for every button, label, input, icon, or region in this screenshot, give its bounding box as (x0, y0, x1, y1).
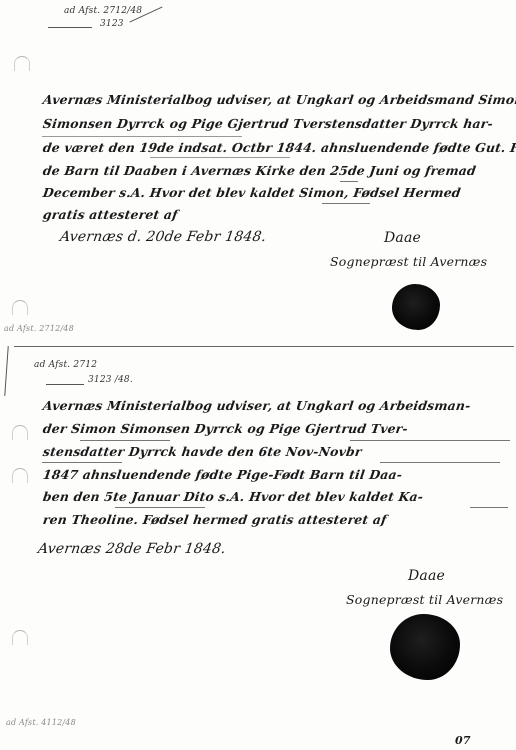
entry-2-line-1: Avernæs Ministerialbog udviser, at Ungka… (42, 398, 472, 413)
entry-2-reference-rule (46, 384, 84, 385)
entry-1-underline-2 (42, 136, 242, 137)
punch-hole-4 (12, 468, 28, 483)
entry-1-line-2: Simonsen Dyrrck og Pige Gjertrud Tverste… (42, 116, 494, 131)
entry-1-line-4: de Barn til Daaben i Avernæs Kirke den 2… (42, 163, 477, 178)
entry-2-signature-title: Sognepræst til Avernæs (346, 592, 503, 607)
entry-divider (14, 346, 514, 347)
entry-2-line-5: ben den 5te Januar Dito s.A. Hvor det bl… (42, 489, 424, 504)
document-page: ad Afst. 2712/48 3123 Avernæs Ministeria… (0, 0, 516, 750)
entry-2-underline-5 (115, 507, 205, 508)
punch-hole-2 (12, 300, 28, 315)
entry-2-left-border (4, 346, 8, 396)
entry-2-line-2: der Simon Simonsen Dyrrck og Pige Gjertr… (42, 421, 409, 436)
entry-2-line-6: ren Theoline. Fødsel hermed gratis attes… (42, 512, 388, 527)
entry-2-signature-name: Daae (408, 568, 445, 584)
entry-1-line-1: Avernæs Ministerialbog udviser, at Ungka… (42, 92, 516, 107)
entry-2-underline-2b (350, 440, 510, 441)
entry-2-underline-3 (42, 462, 122, 463)
entry-2-reference: ad Afst. 2712 (34, 360, 97, 370)
entry-1-line-6: gratis attesteret af (42, 207, 179, 222)
punch-hole-1 (14, 56, 30, 71)
entry-2-date-line: Avernæs 28de Febr 1848. (37, 541, 227, 557)
entry-1-bottom-reference: ad Afst. 2712/48 (4, 324, 74, 333)
entry-1-underline-3 (150, 157, 290, 158)
entry-1-underline-5 (322, 203, 370, 204)
entry-2-bottom-reference: ad Afst. 4112/48 (6, 718, 76, 727)
entry-1-signature-title: Sognepræst til Avernæs (330, 254, 487, 269)
entry-1-reference-sub: 3123 (100, 19, 124, 29)
entry-1-reference: ad Afst. 2712/48 (64, 6, 142, 16)
punch-hole-5 (12, 630, 28, 645)
entry-1-line-5: December s.A. Hvor det blev kaldet Simon… (42, 185, 462, 200)
entry-1-line-3: de været den 19de indsat. Octbr 1844. ah… (42, 140, 516, 155)
entry-1-underline-4 (340, 181, 358, 182)
entry-2-underline-2 (80, 440, 170, 441)
corner-page-mark: 07 (455, 734, 471, 747)
entry-1-date-line: Avernæs d. 20de Febr 1848. (59, 229, 267, 245)
entry-2-underline-3b (380, 462, 500, 463)
entry-2-reference-sub: 3123 /48. (88, 375, 133, 385)
entry-2-underline-5b (470, 507, 508, 508)
entry-2-line-4: 1847 ahnsluendende fødte Pige-Født Barn … (42, 467, 403, 482)
punch-hole-3 (12, 425, 28, 440)
entry-2-wax-seal (390, 614, 460, 680)
entry-1-wax-seal (392, 284, 440, 330)
entry-1-signature-name: Daae (384, 230, 421, 246)
entry-2-line-3: stensdatter Dyrrck havde den 6te Nov-Nov… (42, 444, 363, 459)
entry-1-reference-rule (48, 27, 92, 28)
